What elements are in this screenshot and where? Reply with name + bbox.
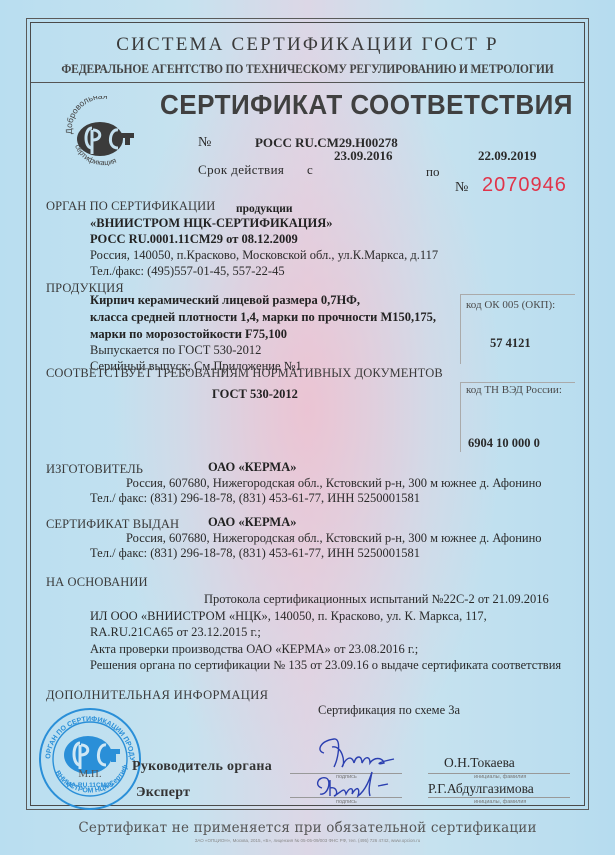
certification-body-label: ОРГАН ПО СЕРТИФИКАЦИИ (46, 199, 215, 214)
basis-line-4: Акта проверки производства ОАО «КЕРМА» о… (90, 642, 418, 657)
certification-body-name: «ВНИИСТРОМ НЦК-СЕРТИФИКАЦИЯ» (90, 216, 333, 231)
issued-to-contacts: Тел./ факс: (831) 296-18-78, (831) 453-6… (90, 546, 420, 561)
product-description-line-3: марки по морозостойкости F75,100 (90, 327, 287, 342)
rst-voluntary-certification-logo-icon: Добровольная сертификация (62, 96, 142, 166)
product-description-line-1: Кирпич керамический лицевой размера 0,7Н… (90, 293, 360, 308)
compliance-standard: ГОСТ 530-2012 (212, 387, 298, 402)
head-signature-icon (312, 733, 402, 775)
seal-code: RA.RU.11СМ29 (67, 782, 114, 789)
expert-name: Р.Г.Абдулгазимова (428, 781, 534, 797)
certification-body-seal-icon: ОРГАН ПО СЕРТИФИКАЦИИ ПРОДУКЦИИ ВНИИСТРО… (36, 703, 144, 811)
printer-imprint: ЗАО «ОПЦИОН», Москва, 2015, «Б», лицензи… (0, 838, 615, 843)
manufacturer-address: Россия, 607680, Нижегородская обл., Ксто… (126, 476, 542, 491)
certification-body-phone: Тел./факс: (495)557-01-45, 557-22-45 (90, 264, 285, 279)
head-name-caption: инициалы, фамилия (474, 774, 526, 780)
head-role-label: Руководитель органа (132, 759, 272, 775)
certification-body-accreditation: РОСС RU.0001.11СМ29 от 08.12.2009 (90, 232, 298, 247)
validity-from-label: с (307, 162, 313, 178)
validity-to-label: по (426, 164, 439, 180)
seal-mp-label: М.П. (78, 768, 101, 780)
additional-info-label: ДОПОЛНИТЕЛЬНАЯ ИНФОРМАЦИЯ (46, 688, 268, 703)
manufacturer-name: ОАО «КЕРМА» (208, 460, 296, 475)
expert-signature-icon (312, 770, 402, 802)
document-title: СЕРТИФИКАТ СООТВЕТСТВИЯ (160, 89, 573, 121)
expert-role-label: Эксперт (136, 785, 190, 801)
basis-line-1: Протокола сертификационных испытаний №22… (204, 592, 549, 607)
compliance-label: СООТВЕТСТВУЕТ ТРЕБОВАНИЯМ НОРМАТИВНЫХ ДО… (46, 366, 443, 381)
system-title: СИСТЕМА СЕРТИФИКАЦИИ ГОСТ Р (0, 34, 615, 56)
valid-from-date: 23.09.2016 (334, 148, 393, 164)
certification-body-sublabel: продукции (236, 203, 293, 215)
okp-code-value: 57 4121 (490, 336, 531, 351)
serial-number-label: № (455, 180, 468, 196)
header-divider (31, 82, 584, 83)
product-standard-line: Выпускается по ГОСТ 530-2012 (90, 343, 261, 358)
issued-to-address: Россия, 607680, Нижегородская обл., Ксто… (126, 531, 542, 546)
tnved-code-value: 6904 10 000 0 (468, 436, 540, 451)
mandatory-certification-notice: Сертификат не применяется при обязательн… (0, 820, 615, 836)
manufacturer-contacts: Тел./ факс: (831) 296-18-78, (831) 453-6… (90, 491, 420, 506)
certification-body-address: Россия, 140050, п.Красково, Московской о… (90, 248, 438, 263)
product-description-line-2: класса средней плотности 1,4, марки по п… (90, 310, 436, 325)
serial-number: 2070946 (482, 174, 567, 197)
tnved-code-label: код ТН ВЭД России: (466, 384, 562, 396)
certification-scheme: Сертификация по схеме 3а (318, 703, 460, 718)
basis-line-5: Решения органа по сертификации № 135 от … (90, 658, 561, 673)
registration-number-label: № (198, 135, 211, 151)
issued-to-label: СЕРТИФИКАТ ВЫДАН (46, 517, 179, 532)
basis-label: НА ОСНОВАНИИ (46, 575, 148, 590)
manufacturer-label: ИЗГОТОВИТЕЛЬ (46, 462, 143, 477)
issued-to-name: ОАО «КЕРМА» (208, 515, 296, 530)
expert-name-line (428, 797, 570, 798)
expert-name-caption: инициалы, фамилия (474, 799, 526, 805)
head-name: О.Н.Токаева (444, 755, 515, 771)
okp-code-label: код ОК 005 (ОКП): (466, 299, 555, 311)
basis-line-3: RA.RU.21CA65 от 23.12.2015 г.; (90, 625, 261, 640)
basis-line-2: ИЛ ООО «ВНИИСТРОМ «НЦК», 140050, п. Крас… (90, 609, 487, 624)
agency-name: ФЕДЕРАЛЬНОЕ АГЕНТСТВО ПО ТЕХНИЧЕСКОМУ РЕ… (25, 62, 591, 77)
validity-label: Срок действия (198, 162, 284, 178)
valid-to-date: 22.09.2019 (478, 148, 537, 164)
